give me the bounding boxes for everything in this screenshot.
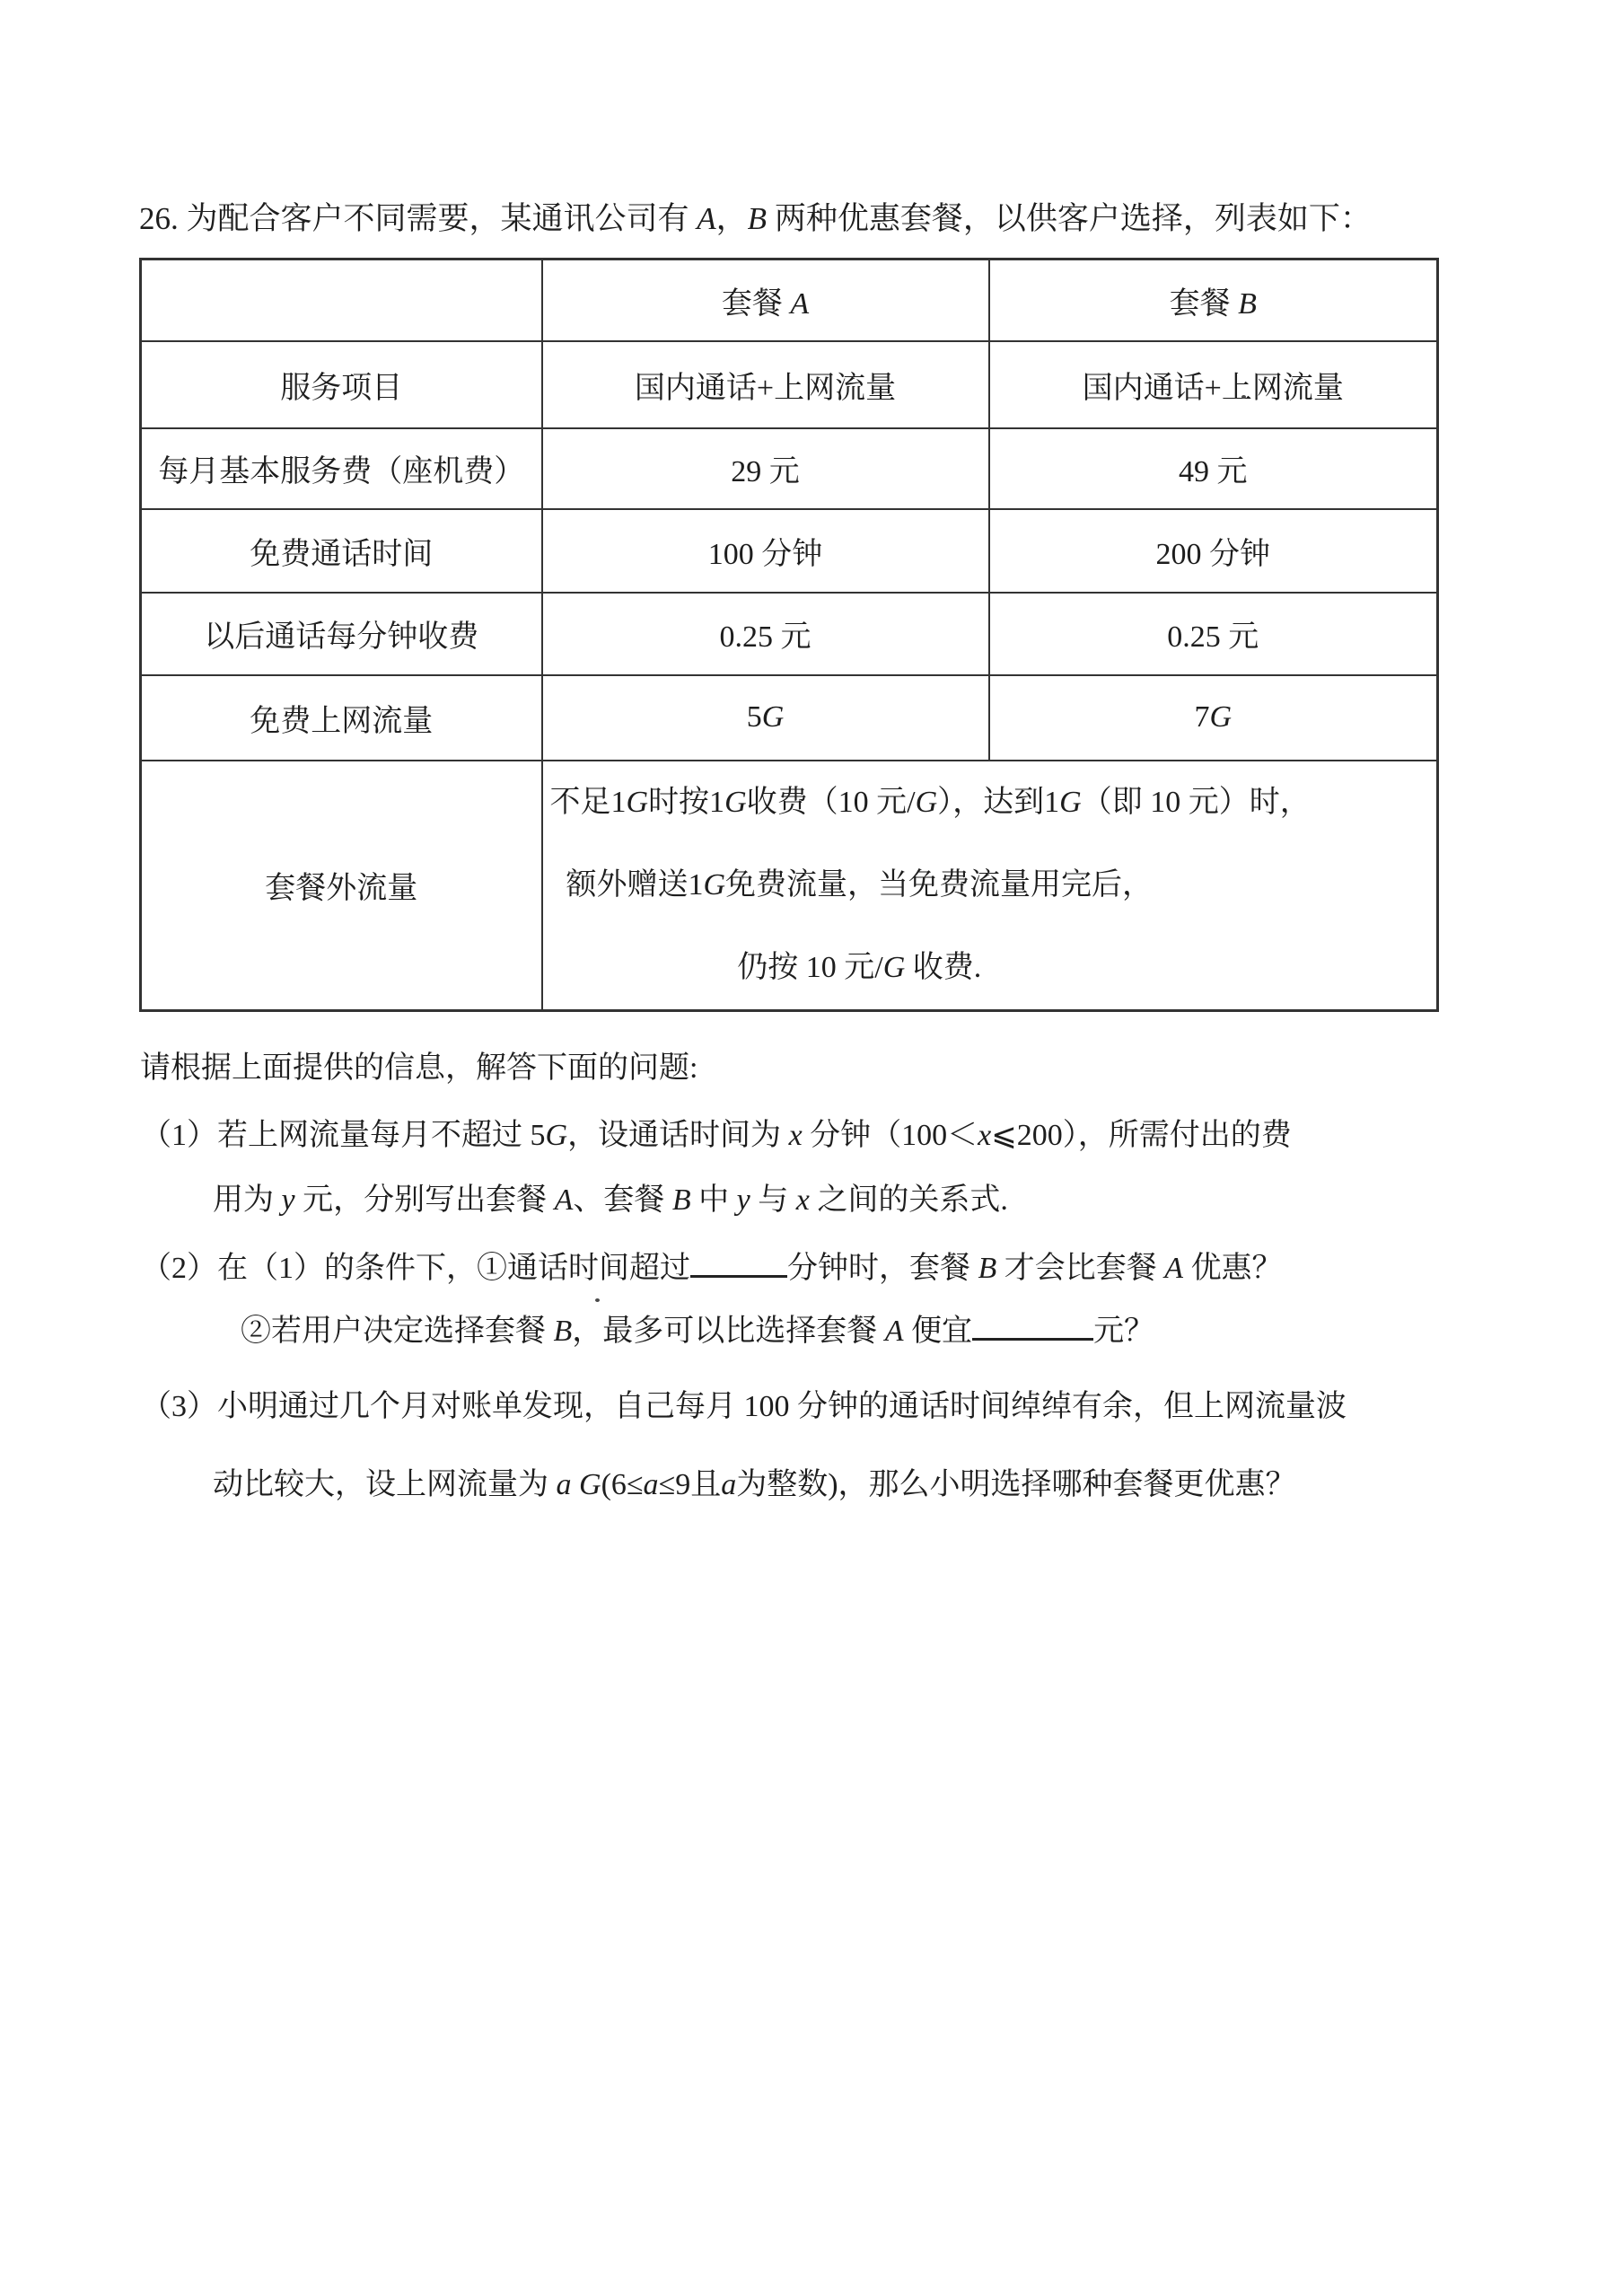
math-variable: B bbox=[978, 1252, 997, 1285]
header-plan-a-cell: 套餐 A bbox=[542, 260, 989, 341]
question-2-line-1: （2）在（1）的条件下，①通话时间超过分钟时，套餐 B 才会比套餐 A 优惠？ bbox=[141, 1248, 1283, 1289]
table-row: 以后通话每分钟收费 0.25 元 0.25 元 bbox=[141, 593, 1438, 675]
text-segment: 才会比套餐 bbox=[996, 1252, 1164, 1285]
row-label-cell: 服务项目 bbox=[141, 341, 542, 428]
text-segment: 两种优惠套餐，以供客户选择，列表如下： bbox=[767, 201, 1372, 236]
text-segment: 收费（10 元/ bbox=[747, 786, 916, 819]
worksheet-page: 26. 为配合客户不同需要，某通讯公司有 A，B 两种优惠套餐，以供客户选择，列… bbox=[0, 0, 1623, 2296]
text-segment: 额外赠送1 bbox=[566, 868, 703, 902]
plan-b-cell: 7G bbox=[989, 675, 1438, 761]
text-segment: ），达到1 bbox=[937, 786, 1059, 819]
text-segment: 优惠？ bbox=[1183, 1252, 1283, 1285]
plans-comparison-table: 套餐 A 套餐 B 服务项目 国内通话+上网流量 国内通话+上网流量 每月基本服… bbox=[139, 258, 1439, 1012]
text-segment: 分钟时，套餐 bbox=[787, 1252, 978, 1285]
text-segment: （1）若上网流量每月不超过 5 bbox=[141, 1119, 546, 1152]
text-segment: （2）在（1）的条件下，①通话时间超过 bbox=[141, 1252, 690, 1285]
answer-blank bbox=[690, 1248, 787, 1278]
text-segment: 、套餐 bbox=[573, 1183, 672, 1217]
text-segment: 仍按 10 元/ bbox=[737, 951, 882, 984]
math-variable: x bbox=[796, 1183, 810, 1217]
text-segment: 元？ bbox=[1093, 1315, 1154, 1348]
text-segment: ，设通话时间为 bbox=[567, 1119, 789, 1152]
text-segment: 之间的关系式. bbox=[810, 1183, 1008, 1217]
row-label-cell: 免费通话时间 bbox=[141, 509, 542, 593]
question-2-line-2: ②若用户决定选择套餐 B，最多可以比选择套餐 A 便宜元？ bbox=[241, 1311, 1154, 1351]
row-label-cell: 每月基本服务费（座机费） bbox=[141, 428, 542, 509]
scan-speck bbox=[1241, 395, 1246, 399]
answer-blank bbox=[972, 1311, 1093, 1341]
plan-a-cell: 5G bbox=[542, 675, 989, 761]
text-segment: 免费流量，当免费流量用完后， bbox=[725, 868, 1153, 902]
math-variable: G bbox=[1209, 700, 1232, 734]
table-row: 套餐外流量 不足1G时按1G收费（10 元/G），达到1G（即 10 元）时， … bbox=[141, 761, 1438, 1011]
math-variable: x bbox=[978, 1119, 991, 1152]
text-segment: 用为 bbox=[213, 1183, 282, 1217]
math-variable: G bbox=[627, 786, 649, 819]
table-row: 每月基本服务费（座机费） 29 元 49 元 bbox=[141, 428, 1438, 509]
math-variable: B bbox=[1238, 287, 1257, 321]
math-variable: A bbox=[790, 287, 809, 321]
plan-b-cell: 200 分钟 bbox=[989, 509, 1438, 593]
overflow-pricing-cell: 不足1G时按1G收费（10 元/G），达到1G（即 10 元）时， 额外赠送1G… bbox=[542, 761, 1438, 1011]
problem-title: 26. 为配合客户不同需要，某通讯公司有 A，B 两种优惠套餐，以供客户选择，列… bbox=[139, 199, 1372, 239]
math-variable: G bbox=[703, 868, 725, 902]
text-segment bbox=[572, 1468, 580, 1501]
math-variable: G bbox=[762, 700, 785, 734]
text-segment: ，最多可以比选择套餐 bbox=[572, 1315, 885, 1348]
math-variable: a bbox=[557, 1468, 572, 1501]
math-variable: B bbox=[554, 1315, 573, 1348]
text-segment: 为整数)，那么小明选择哪种套餐更优惠？ bbox=[736, 1468, 1295, 1501]
row-label-cell: 以后通话每分钟收费 bbox=[141, 593, 542, 675]
text-segment: 分钟（100＜ bbox=[803, 1119, 978, 1152]
text-segment: 便宜 bbox=[904, 1315, 973, 1348]
question-1-line-2: 用为 y 元，分别写出套餐 A、套餐 B 中 y 与 x 之间的关系式. bbox=[213, 1181, 1008, 1220]
plan-a-cell: 0.25 元 bbox=[542, 593, 989, 675]
text-segment: 为配合客户不同需要，某通讯公司有 bbox=[187, 201, 697, 236]
plan-a-cell: 100 分钟 bbox=[542, 509, 989, 593]
text-segment: (6≤ bbox=[601, 1468, 644, 1501]
math-variable: A bbox=[1164, 1252, 1183, 1285]
math-variable: B bbox=[748, 201, 767, 236]
text-segment: 5 bbox=[747, 700, 762, 734]
question-3-line-1: （3）小明通过几个月对账单发现，自己每月 100 分钟的通话时间绰绰有余，但上网… bbox=[141, 1387, 1347, 1427]
math-variable: y bbox=[282, 1183, 295, 1217]
math-variable: G bbox=[724, 786, 747, 819]
question-3-line-2: 动比较大，设上网流量为 a G(6≤a≤9且a为整数)，那么小明选择哪种套餐更优… bbox=[213, 1465, 1296, 1505]
text-segment: 7 bbox=[1194, 700, 1209, 734]
text-segment: 元，分别写出套餐 bbox=[295, 1183, 555, 1217]
math-variable: G bbox=[546, 1119, 568, 1152]
math-variable: A bbox=[555, 1183, 574, 1217]
text-segment: ， bbox=[716, 201, 748, 236]
math-variable: a bbox=[644, 1468, 659, 1501]
text-segment: 套餐 bbox=[722, 287, 791, 321]
math-variable: A bbox=[885, 1315, 904, 1348]
text-segment: 26. bbox=[139, 201, 187, 236]
overflow-pricing-line: 不足1G时按1G收费（10 元/G），达到1G（即 10 元）时， bbox=[543, 761, 1437, 844]
text-segment: 收费. bbox=[905, 951, 981, 984]
plan-a-cell: 29 元 bbox=[542, 428, 989, 509]
plan-b-cell: 49 元 bbox=[989, 428, 1438, 509]
math-variable: G bbox=[1059, 786, 1082, 819]
math-variable: G bbox=[916, 786, 938, 819]
text-segment: ≤9且 bbox=[659, 1468, 722, 1501]
header-plan-b-cell: 套餐 B bbox=[989, 260, 1438, 341]
text-segment: 中 bbox=[691, 1183, 737, 1217]
text-segment: ⩽200），所需付出的费 bbox=[991, 1119, 1292, 1152]
scan-speck bbox=[595, 1298, 600, 1302]
math-variable: G bbox=[579, 1468, 601, 1501]
header-corner-cell bbox=[141, 260, 542, 341]
plan-b-cell: 国内通话+上网流量 bbox=[989, 341, 1438, 428]
math-variable: y bbox=[737, 1183, 750, 1217]
table-row: 免费通话时间 100 分钟 200 分钟 bbox=[141, 509, 1438, 593]
math-variable: B bbox=[672, 1183, 691, 1217]
text-segment: （即 10 元）时， bbox=[1082, 786, 1311, 819]
text-segment: 动比较大，设上网流量为 bbox=[213, 1468, 557, 1501]
math-variable: A bbox=[697, 201, 715, 236]
table-header-row: 套餐 A 套餐 B bbox=[141, 260, 1438, 341]
questions-intro: 请根据上面提供的信息，解答下面的问题: bbox=[140, 1049, 697, 1088]
text-segment: 套餐 bbox=[1170, 287, 1239, 321]
row-label-cell: 免费上网流量 bbox=[141, 675, 542, 761]
text-segment: （3）小明通过几个月对账单发现，自己每月 100 分钟的通话时间绰绰有余，但上网… bbox=[141, 1390, 1347, 1423]
overflow-pricing-line: 额外赠送1G免费流量，当免费流量用完后， bbox=[543, 844, 1437, 927]
text-segment: 时按1 bbox=[648, 786, 724, 819]
math-variable: a bbox=[721, 1468, 736, 1501]
plan-b-cell: 0.25 元 bbox=[989, 593, 1438, 675]
table-row: 服务项目 国内通话+上网流量 国内通话+上网流量 bbox=[141, 341, 1438, 428]
overflow-pricing-line: 仍按 10 元/G 收费. bbox=[543, 927, 1437, 1009]
text-segment: 与 bbox=[750, 1183, 796, 1217]
math-variable: x bbox=[789, 1119, 803, 1152]
table-row: 免费上网流量 5G 7G bbox=[141, 675, 1438, 761]
math-variable: G bbox=[883, 951, 906, 984]
row-label-cell: 套餐外流量 bbox=[141, 761, 542, 1011]
text-segment: ②若用户决定选择套餐 bbox=[241, 1315, 554, 1348]
question-1-line-1: （1）若上网流量每月不超过 5G，设通话时间为 x 分钟（100＜x⩽200），… bbox=[141, 1116, 1292, 1156]
text-segment: 不足1 bbox=[550, 786, 627, 819]
plan-a-cell: 国内通话+上网流量 bbox=[542, 341, 989, 428]
